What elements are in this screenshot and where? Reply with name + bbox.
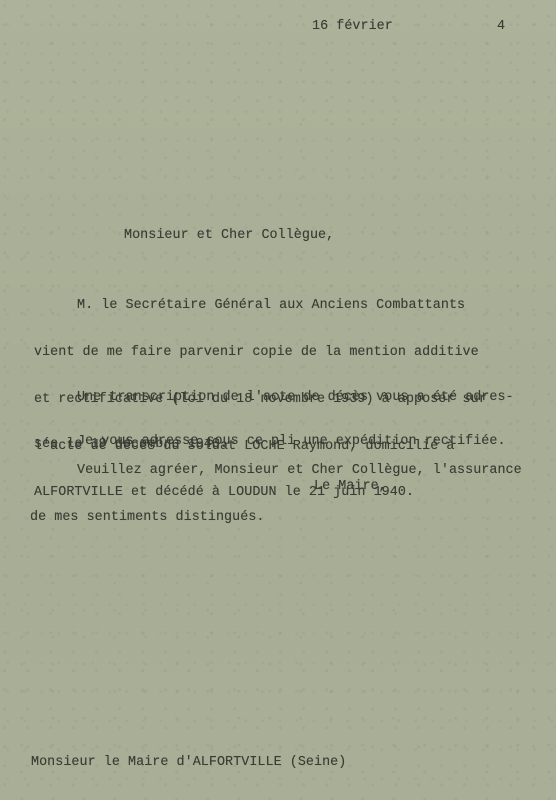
paragraph-4-line: de mes sentiments distingués. <box>30 510 522 526</box>
paragraph-1-line: M. le Secrétaire Général aux Anciens Com… <box>34 298 487 314</box>
recipient-address: Monsieur le Maire d'ALFORTVILLE (Seine) <box>31 755 346 770</box>
document-page: { "header": { "date": "16 février", "pag… <box>0 0 556 800</box>
paragraph-4-line: Veuillez agréer, Monsieur et Cher Collèg… <box>34 463 522 479</box>
paragraph-4: Veuillez agréer, Monsieur et Cher Collèg… <box>34 432 522 541</box>
page-number: 4 <box>497 19 505 34</box>
letter-date: 16 février <box>312 19 393 34</box>
signature: Le Maire, <box>314 479 387 494</box>
salutation: Monsieur et Cher Collègue, <box>124 228 334 243</box>
